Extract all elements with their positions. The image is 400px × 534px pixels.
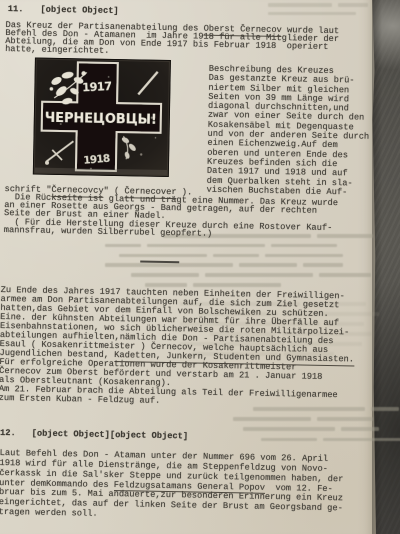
text-line: [object Object]: [110, 430, 188, 441]
cross-inscription: ЧЕРНЕЦОВЦЫ!: [45, 111, 157, 128]
section-11-body-paragraph: Zu Ende des Jahres 1917 tauchten neben E…: [0, 286, 355, 409]
typewritten-content: 11. [object Object] Das Kreuz der Partis…: [0, 0, 400, 534]
year-1917-label: 1917: [82, 79, 113, 95]
cross-photograph: 1917 ЧЕРНЕЦОВЦЫ! 1918: [33, 58, 171, 177]
section-divider: [140, 261, 179, 263]
section-11-intro-paragraph: Das Kreuz der Partisanenabteilung des Ob…: [5, 22, 339, 60]
section-11-title: [object Object]: [40, 5, 118, 16]
scanned-document-page: { "colors":{"paper":"#d8d2c3","ink":"#45…: [0, 0, 400, 534]
year-1918-label: 1918: [83, 153, 111, 167]
cross-description-column: Beschreibung des KreuzesDas gestanzte Kr…: [206, 65, 370, 198]
text-line: [object Object]: [32, 429, 110, 440]
section-12-heading: 12. [object Object][object Object]: [0, 428, 188, 441]
section-11-heading: 11. [object Object]: [8, 4, 119, 16]
section-12-number: 12.: [0, 428, 16, 438]
section-12-title: [object Object][object Object]: [32, 429, 189, 442]
section-12-body-paragraph: Laut Befehl des Don - Ataman unter der N…: [0, 449, 344, 524]
section-11-continuation: schrift "Černecovcy" ( Černecover ). Die…: [4, 185, 338, 240]
text-line: [object Object]: [40, 5, 118, 16]
section-11-number: 11.: [8, 4, 24, 14]
